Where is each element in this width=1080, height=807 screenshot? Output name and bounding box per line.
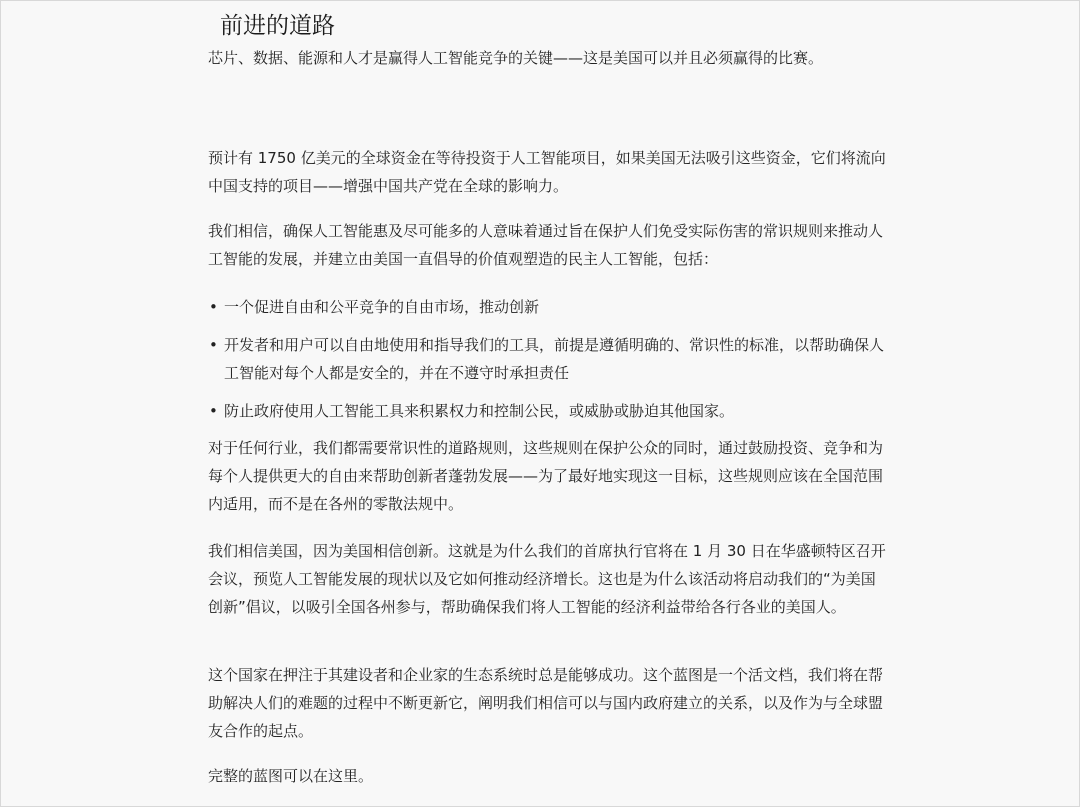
paragraph-living-document: 这个国家在押注于其建设者和企业家的生态系统时总是能够成功。这个蓝图是一个活文档，…: [208, 661, 888, 745]
bullet-dot-icon: •: [209, 397, 218, 425]
bullet-text: 一个促进自由和公平竞争的自由市场，推动创新: [224, 293, 888, 321]
bullet-item: • 开发者和用户可以自由地使用和指导我们的工具，前提是遵循明确的、常识性的标准，…: [208, 331, 888, 387]
bullet-text: 开发者和用户可以自由地使用和指导我们的工具，前提是遵循明确的、常识性的标准，以帮…: [224, 331, 888, 387]
paragraph-democratic-ai: 我们相信，确保人工智能惠及尽可能多的人意味着通过旨在保护人们免受实际伤害的常识规…: [208, 217, 888, 273]
bullet-dot-icon: •: [209, 293, 218, 321]
paragraph-rules-of-road: 对于任何行业，我们都需要常识性的道路规则，这些规则在保护公众的同时，通过鼓励投资…: [208, 434, 888, 518]
paragraph-global-funds: 预计有 1750 亿美元的全球资金在等待投资于人工智能项目，如果美国无法吸引这些…: [208, 144, 888, 200]
bullet-text: 防止政府使用人工智能工具来积累权力和控制公民，或威胁或胁迫其他国家。: [224, 397, 888, 425]
full-blueprint-link-text[interactable]: 完整的蓝图可以在这里。: [208, 762, 888, 790]
bullet-item: • 防止政府使用人工智能工具来积累权力和控制公民，或威胁或胁迫其他国家。: [208, 397, 888, 425]
bullet-dot-icon: •: [209, 331, 218, 359]
values-bullet-list: • 一个促进自由和公平竞争的自由市场，推动创新 • 开发者和用户可以自由地使用和…: [208, 293, 888, 425]
paragraph-key-to-winning: 芯片、数据、能源和人才是赢得人工智能竞争的关键——这是美国可以并且必须赢得的比赛…: [208, 44, 888, 72]
paragraph-believe-in-america: 我们相信美国，因为美国相信创新。这就是为什么我们的首席执行官将在 1 月 30 …: [208, 537, 888, 621]
bullet-item: • 一个促进自由和公平竞争的自由市场，推动创新: [208, 293, 888, 321]
section-title: 前进的道路: [220, 11, 335, 41]
